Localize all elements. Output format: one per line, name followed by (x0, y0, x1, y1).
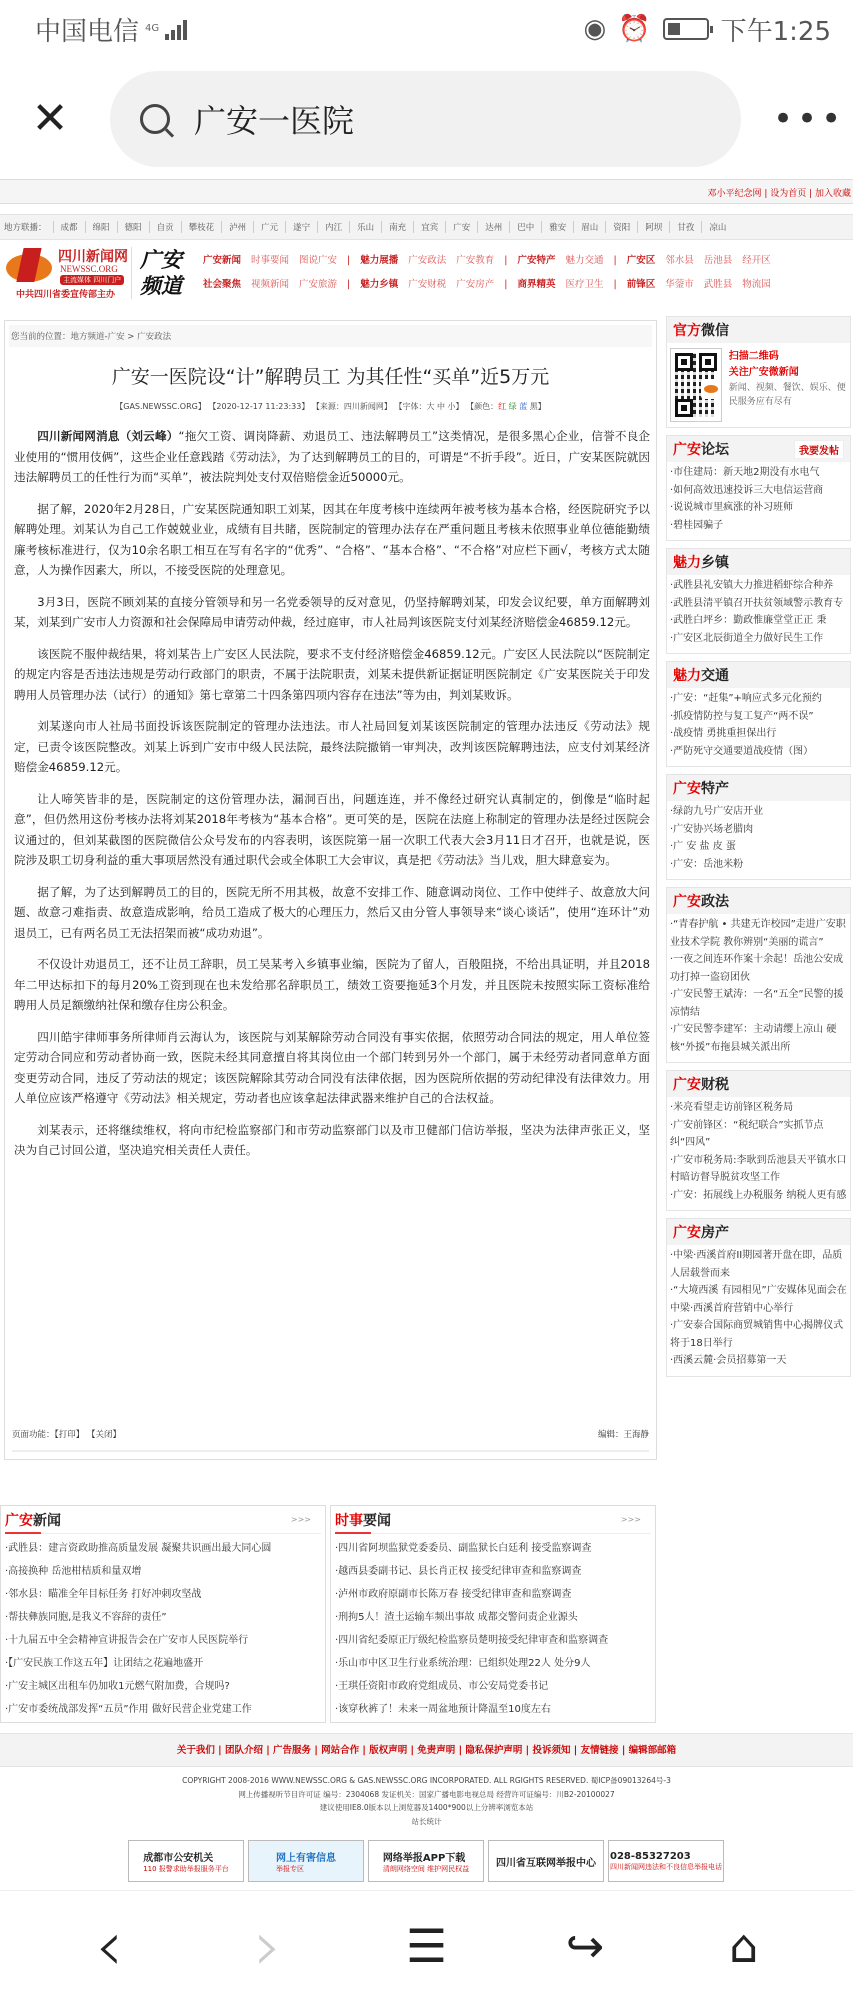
list-item[interactable]: ·高接换种 岳池柑桔质和量双增 (5, 1560, 321, 1583)
stats-link[interactable]: 站长统计 (0, 1815, 853, 1829)
list-item[interactable]: ·说说城市里疯涨的补习班师 (670, 499, 848, 517)
network-type: 4G (145, 24, 159, 34)
forward-button[interactable]: › (228, 1916, 308, 1976)
article-meta: 【GAS.NEWSSC.ORG】 【2020-12-17 11:23:33】 【… (5, 401, 656, 412)
nav-separator: | (614, 273, 617, 297)
wechat-box: 官方微信 扫描二维码 关注广安微新闻 新闻、视频、餐饮、娱乐、便民服务应有尽有 (666, 316, 851, 428)
breadcrumb[interactable]: 您当前的位置：地方频道-广安 > 广安政法 (9, 325, 652, 347)
list-item[interactable]: ·广安：岳池米粉 (670, 856, 848, 874)
search-query[interactable]: 广安一医院 (194, 96, 354, 142)
font-size-options[interactable]: 【字体：大 中 小】 (394, 402, 463, 411)
color-green[interactable]: 绿 (509, 402, 517, 411)
region-link[interactable]: 内江 (317, 221, 349, 233)
region-link[interactable]: 阿坝 (637, 221, 669, 233)
channel-nav-link[interactable]: 社会聚焦 (203, 273, 241, 297)
channel-nav-link[interactable]: 视频新闻 (251, 273, 289, 297)
channel-nav-link[interactable]: 医疗卫生 (566, 273, 604, 297)
channel-nav-link[interactable]: 经开区 (742, 249, 771, 273)
status-bar: 中国电信 4G ◉ ⏰ 下午1:25 (0, 0, 853, 58)
color-blue[interactable]: 蓝 (519, 402, 527, 411)
article-panel: 您当前的位置：地方频道-广安 > 广安政法 广安一医院设“计”解聘员工 为其任性… (4, 320, 657, 1460)
list-item[interactable]: ·市住建局：新天地2期没有水电气 (670, 464, 848, 482)
list-item[interactable]: ·一夜之间连环作案十余起！岳池公安成功打掉一盗窃团伙 (670, 951, 848, 986)
channel-nav: 广安新闻时事要闻图说广安|魅力展播广安政法广安教育|广安特产魅力交通|广安区邻水… (203, 249, 771, 297)
paragraph: 刘某遂向市人社局书面投诉该医院制定的管理办法违法。市人社局回复刘某该医院制定的管… (14, 716, 650, 778)
paragraph: 不仅设计劝退员工，还不让员工辞职，员工吴某考入乡镇事业编，医院为了留人，百般阻挠… (14, 954, 650, 1016)
list-item[interactable]: ·刑拘5人！渣土运输车频出事故 成都交警问责企业源头 (335, 1606, 651, 1629)
channel-nav-link[interactable]: 华蓥市 (665, 273, 694, 297)
report-badge[interactable]: 网上有害信息举报专区 (248, 1840, 364, 1882)
region-link[interactable]: 眉山 (573, 221, 605, 233)
region-link[interactable]: 自贡 (149, 221, 181, 233)
sidebar: 官方微信 扫描二维码 关注广安微新闻 新闻、视频、餐饮、娱乐、便民服务应有尽有 … (666, 316, 851, 1384)
color-black[interactable]: 黑 (530, 402, 538, 411)
list-item[interactable]: ·广安：“赶集”+响应式多元化预约 (670, 690, 848, 708)
list-item[interactable]: ·如何高效迅速投诉三大电信运营商 (670, 482, 848, 500)
channel-nav-link[interactable]: 岳池县 (704, 249, 733, 273)
report-badge[interactable]: 网络举报APP下载清朗网络空间 维护网民权益 (368, 1840, 484, 1882)
more-menu-button[interactable]: ••• (773, 99, 833, 139)
list-item[interactable]: ·广安民警王斌涛：一名“五全”民警的援凉情结 (670, 986, 848, 1021)
region-link[interactable]: 雅安 (541, 221, 573, 233)
region-link[interactable]: 达州 (477, 221, 509, 233)
list-item[interactable]: ·邻水县：瞄准全年目标任务 打好冲刺攻坚战 (5, 1583, 321, 1606)
list-item[interactable]: ·碧桂园骗子 (670, 517, 848, 535)
alarm-icon: ⏰ (618, 14, 650, 44)
qr-code (671, 349, 721, 421)
channel-nav-link[interactable]: 前锋区 (627, 273, 656, 297)
site-logo[interactable]: 四川新闻网 NEWSSC.ORG 主流媒体 四川门户 中共四川省委宣传部主办 (6, 246, 131, 300)
channel-nav-link[interactable]: 魅力交通 (566, 249, 604, 273)
more-link[interactable]: >>> (621, 1515, 641, 1524)
nav-separator: | (504, 249, 507, 273)
footer-links[interactable]: 关于我们 | 团队介绍 | 广告服务 | 网站合作 | 版权声明 | 免责声明 … (0, 1733, 853, 1767)
list-item[interactable]: ·泸州市政府原副市长陈万春 接受纪律审查和监察调查 (335, 1583, 651, 1606)
list-item[interactable]: ·武胜县礼安镇大力推进稻虾综合种养 (670, 577, 848, 595)
channel-nav-link[interactable]: 广安区 (627, 249, 656, 273)
clock: 下午1:25 (721, 11, 831, 48)
list-item[interactable]: ·“大境西溪 有园相见”广安媒体见面会在中梁·西溪首府营销中心举行 (670, 1282, 848, 1317)
carrier: 中国电信 (35, 11, 139, 48)
menu-button[interactable]: ☰ (386, 1916, 466, 1976)
article-body: 四川新闻网消息（刘云峰）“拖欠工资、调岗降薪、劝退员工、违法解聘员工”这类情况，… (5, 412, 656, 1161)
traffic-box: 魅力交通 ·广安：“赶集”+响应式多元化预约·抓疫情防控与复工复产“两不误”·战… (666, 661, 851, 767)
article-title: 广安一医院设“计”解聘员工 为其任性“买单”近5万元 (5, 362, 656, 392)
list-item[interactable]: ·武胜白坪乡：勤政惟廉堂堂正正 秉 (670, 612, 848, 630)
region-link[interactable]: 广安 (445, 221, 477, 233)
channel-nav-link[interactable]: 广安财税 (408, 273, 446, 297)
nav-separator: | (347, 273, 350, 297)
nav-separator: | (347, 249, 350, 273)
region-link[interactable]: 凉山 (701, 221, 733, 233)
search-bar[interactable]: 广安一医院 (110, 71, 741, 167)
page-functions: 页面功能：【打印】 【关闭】 编辑：王海静 (12, 1428, 649, 1452)
list-item[interactable]: ·广安主城区出租车仍加收1元燃气附加费，合规吗? (5, 1675, 321, 1698)
list-item[interactable]: ·战疫情 勇挑重担保出行 (670, 725, 848, 743)
list-item[interactable]: ·十九届五中全会精神宣讲报告会在广安市人民医院举行 (5, 1629, 321, 1652)
tax-box: 广安财税 ·米亮看望走访前锋区税务局·广安前锋区：“税纪联合”实抓节点纠“四风”… (666, 1070, 851, 1211)
browser-bottom-nav: ‹ › ☰ ↪ ⌂ (0, 1890, 853, 2000)
channel-nav-link[interactable]: 广安新闻 (203, 249, 241, 273)
post-button[interactable]: 我要发帖 (794, 440, 844, 459)
channel-nav-link[interactable]: 广安政法 (408, 249, 446, 273)
specialty-box: 广安特产 ·绿韵九号广安店开业·广安协兴场老腊肉·广 安 盐 皮 蛋·广安：岳池… (666, 774, 851, 880)
list-item[interactable]: ·广安：拓展线上办税服务 纳税人更有感 (670, 1187, 848, 1205)
channel-nav-link[interactable]: 武胜县 (704, 273, 733, 297)
channel-nav-link[interactable]: 物流园 (742, 273, 771, 297)
back-button[interactable]: ‹ (69, 1916, 149, 1976)
list-item[interactable]: ·西溪云麓·会员招募第一天 (670, 1352, 848, 1370)
list-item[interactable]: ·越西县委副书记、县长肖正权 接受纪律审查和监察调查 (335, 1560, 651, 1583)
list-item[interactable]: ·广 安 盐 皮 蛋 (670, 838, 848, 856)
channel-nav-link[interactable]: 广安房产 (456, 273, 494, 297)
copyright: COPYRIGHT 2008-2016 WWW.NEWSSC.ORG & GAS… (0, 1774, 853, 1828)
search-icon (140, 104, 170, 134)
channel-nav-link[interactable]: 魅力展播 (360, 249, 398, 273)
nav-separator: | (504, 273, 507, 297)
color-red[interactable]: 红 (498, 402, 506, 411)
region-link[interactable]: 宜宾 (413, 221, 445, 233)
paragraph: 刘某表示，还将继续维权，将向市纪检监察部门和市劳动监察部门以及市卫健部门信访举报… (14, 1120, 650, 1161)
report-badges: 成都市公安机关110 报警求助举报服务平台网上有害信息举报专区网络举报APP下载… (128, 1840, 724, 1882)
region-link[interactable]: 资阳 (605, 221, 637, 233)
list-item[interactable]: ·广安泰合国际商贸城销售中心揭牌仪式将于18日举行 (670, 1317, 848, 1352)
bottom-news-lists: 广安新闻>>> ·武胜县：建言资政助推高质量发展 凝聚共识画出最大同心圆·高接换… (0, 1505, 660, 1723)
report-badge[interactable]: 028-85327203四川新闻网违法和不良信息举报电话 (608, 1840, 724, 1882)
channel-nav-link[interactable]: 图说广安 (299, 249, 337, 273)
channel-nav-link[interactable]: 广安教育 (456, 249, 494, 273)
region-link[interactable]: 绵阳 (85, 221, 117, 233)
channel-nav-link[interactable]: 广安特产 (518, 249, 556, 273)
list-item[interactable]: ·四川省阿坝监狱党委委员、副监狱长白廷利 接受监察调查 (335, 1537, 651, 1560)
editor: 编辑：王海静 (598, 1428, 649, 1440)
region-link[interactable]: 成都 (53, 221, 85, 233)
paragraph: 据了解，为了达到解聘员工的目的，医院无所不用其极，故意不安排工作、随意调动岗位、… (14, 882, 650, 944)
report-badge[interactable]: 成都市公安机关110 报警求助举报服务平台 (128, 1840, 244, 1882)
list-item[interactable]: ·广安市税务局:李耿到岳池县天平镇水口村暗访督导脱贫攻坚工作 (670, 1152, 848, 1187)
channel-nav-link[interactable]: 时事要闻 (251, 249, 289, 273)
region-link[interactable]: 攀枝花 (181, 221, 222, 233)
paragraph: 据了解，2020年2月28日，广安某医院通知职工刘某，因其在年度考核中连续两年被… (14, 499, 650, 581)
list-item[interactable]: ·“青春护航 • 共建无诈校园”走进广安职业技术学院 教你辨别“美丽的谎言” (670, 916, 848, 951)
browser-toolbar: ✕ 广安一医院 ••• (0, 58, 853, 180)
list-item[interactable]: ·该穿秋裤了！未来一周盆地预计降温至10度左右 (335, 1698, 651, 1721)
channel-nav-link[interactable]: 商界精英 (518, 273, 556, 297)
region-link[interactable]: 甘孜 (669, 221, 701, 233)
region-nav: 地方联播： 成都绵阳德阳自贡攀枝花泸州广元遂宁内江乐山南充宜宾广安达州巴中雅安眉… (0, 214, 853, 240)
top-links[interactable]: 邓小平纪念网 | 设为首页 | 加入收藏 (0, 180, 853, 204)
more-link[interactable]: >>> (291, 1515, 311, 1524)
estate-box: 广安房产 ·中梁·西溪首府II期园著开盘在即，品质人居载誉而来·“大境西溪 有园… (666, 1218, 851, 1377)
region-label: 地方联播： (4, 221, 47, 233)
list-item[interactable]: ·广安市委统战部发挥“五员”作用 做好民营企业党建工作 (5, 1698, 321, 1721)
print-link[interactable]: 【打印】 (55, 1430, 85, 1440)
close-button[interactable]: ✕ (20, 93, 80, 144)
list-item[interactable]: ·广安协兴场老腊肉 (670, 821, 848, 839)
list-item[interactable]: ·广安民警李建军：主动请缨上凉山 硬核“外援”布拖县城关派出所 (670, 1021, 848, 1056)
battery-icon (663, 18, 709, 40)
list-item[interactable]: ·广安前锋区：“税纪联合”实抓节点纠“四风” (670, 1117, 848, 1152)
region-link[interactable]: 遂宁 (285, 221, 317, 233)
nav-separator: | (614, 249, 617, 273)
paragraph: 四川皓宇律师事务所律师肖云海认为，该医院与刘某解除劳动合同没有事实依据，依照劳动… (14, 1027, 650, 1109)
list-item[interactable]: ·【广安民族工作这五年】让团结之花遍地盛开 (5, 1652, 321, 1675)
webpage: 邓小平纪念网 | 设为首页 | 加入收藏 地方联播： 成都绵阳德阳自贡攀枝花泸州… (0, 180, 853, 302)
region-link[interactable]: 乐山 (349, 221, 381, 233)
channel-nav-link[interactable]: 广安旅游 (299, 273, 337, 297)
list-item[interactable]: ·中梁·西溪首府II期园著开盘在即，品质人居载誉而来 (670, 1247, 848, 1282)
current-news-box: 时事要闻>>> ·四川省阿坝监狱党委委员、副监狱长白廷利 接受监察调查·越西县委… (330, 1505, 656, 1723)
towns-box: 魅力乡镇 ·武胜县礼安镇大力推进稻虾综合种养·武胜县清平镇召开扶贫领域警示教育专… (666, 548, 851, 654)
eye-care-icon: ◉ (584, 14, 607, 44)
region-link[interactable]: 广元 (253, 221, 285, 233)
list-item[interactable]: ·抓疫情防控与复工复产“两不误” (670, 708, 848, 726)
channel-nav-link[interactable]: 邻水县 (665, 249, 694, 273)
channel-nav-link[interactable]: 魅力乡镇 (360, 273, 398, 297)
logo-mark-icon (6, 254, 52, 282)
list-item[interactable]: ·广安区北辰街道全力做好民生工作 (670, 630, 848, 648)
law-box: 广安政法 ·“青春护航 • 共建无诈校园”走进广安职业技术学院 教你辨别“美丽的… (666, 887, 851, 1063)
region-link[interactable]: 巴中 (509, 221, 541, 233)
channel-title: 广安频道 (131, 247, 191, 299)
paragraph: 四川新闻网消息（刘云峰）“拖欠工资、调岗降薪、劝退员工、违法解聘员工”这类情况，… (14, 426, 650, 488)
paragraph: 该医院不服仲裁结果，将刘某告上广安区人民法院，要求不支付经济赔偿金46859.1… (14, 644, 650, 706)
list-item[interactable]: ·乐山市中区卫生行业系统治理：已组织处理22人 处分9人 (335, 1652, 651, 1675)
guangan-news-box: 广安新闻>>> ·武胜县：建言资政助推高质量发展 凝聚共识画出最大同心圆·高接换… (0, 1505, 326, 1723)
list-item[interactable]: ·武胜县：建言资政助推高质量发展 凝聚共识画出最大同心圆 (5, 1537, 321, 1560)
region-link[interactable]: 德阳 (117, 221, 149, 233)
list-item[interactable]: ·武胜县清平镇召开扶贫领域警示教育专 (670, 595, 848, 613)
list-item[interactable]: ·帮扶彝族同胞,是我义不容辞的责任” (5, 1606, 321, 1629)
paragraph: 3月3日，医院不顾刘某的直接分管领导和另一名党委领导的反对意见，仍坚持解聘刘某，… (14, 592, 650, 633)
list-item[interactable]: ·严防死守交通要道战疫情（图） (670, 743, 848, 761)
report-badge[interactable]: 四川省互联网举报中心 (488, 1840, 604, 1882)
close-link[interactable]: 【关闭】 (87, 1430, 121, 1440)
region-link[interactable]: 南充 (381, 221, 413, 233)
share-button[interactable]: ↪ (545, 1916, 625, 1976)
list-item[interactable]: ·王琪任资阳市政府党组成员、市公安局党委书记 (335, 1675, 651, 1698)
signal-icon (165, 18, 187, 40)
list-item[interactable]: ·绿韵九号广安店开业 (670, 803, 848, 821)
forum-box: 广安论坛我要发帖 ·市住建局：新天地2期没有水电气·如何高效迅速投诉三大电信运营… (666, 435, 851, 541)
list-item[interactable]: ·米亮看望走访前锋区税务局 (670, 1099, 848, 1117)
paragraph: 让人啼笑皆非的是，医院制定的这份管理办法，漏洞百出，问题连连，并不像经过研究认真… (14, 789, 650, 871)
site-header: 四川新闻网 NEWSSC.ORG 主流媒体 四川门户 中共四川省委宣传部主办 广… (0, 240, 853, 302)
region-link[interactable]: 泸州 (221, 221, 253, 233)
home-button[interactable]: ⌂ (704, 1916, 784, 1976)
list-item[interactable]: ·四川省纪委原正厅级纪检监察员楚明接受纪律审查和监察调查 (335, 1629, 651, 1652)
